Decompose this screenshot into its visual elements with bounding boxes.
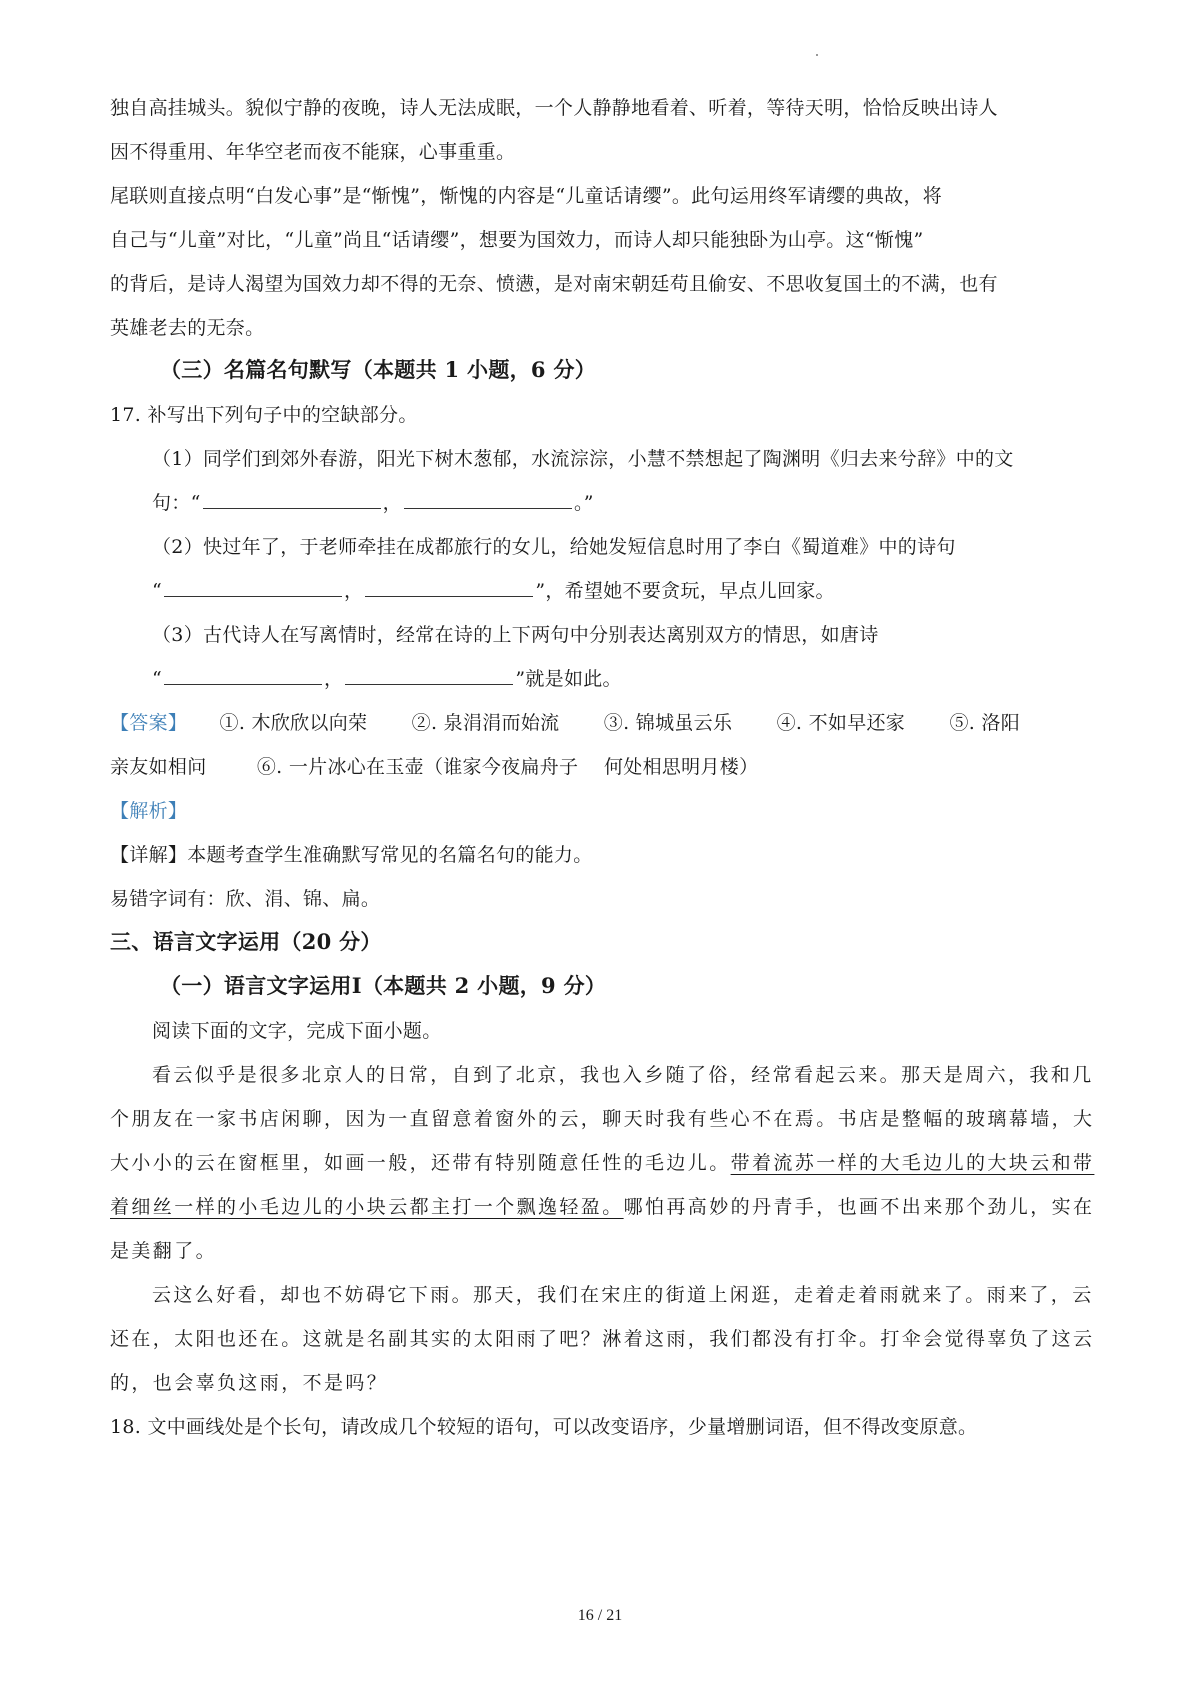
q17-part1-blanks: 句：“，。” bbox=[152, 490, 594, 516]
answer-line: 【答案】 ①. 木欣欣以向荣 ②. 泉涓涓而始流 ③. 锦城虽云乐 ④. 不如早… bbox=[110, 710, 1020, 736]
question-17-stem: 17. 补写出下列句子中的空缺部分。 bbox=[110, 402, 418, 428]
comma: ， bbox=[383, 492, 402, 514]
page-number: 16 / 21 bbox=[0, 1607, 1200, 1625]
answer-blank[interactable] bbox=[365, 578, 533, 597]
q17-part3-blanks: “，”就是如此。 bbox=[152, 666, 622, 692]
answer-item: ④. 不如早还家 bbox=[777, 710, 905, 736]
quote-close: ”，希望她不要贪玩，早点儿回家。 bbox=[535, 580, 835, 602]
answer-blank[interactable] bbox=[203, 490, 381, 509]
comma: ， bbox=[324, 668, 343, 690]
answer-line-2: 亲友如相问 ⑥. 一片冰心在玉壶（谁家今夜扁舟子 何处相思明月楼） bbox=[110, 754, 758, 780]
answer-blank[interactable] bbox=[164, 578, 342, 597]
answer-item: ⑤. 洛阳 bbox=[949, 712, 1020, 734]
passage-line: 个朋友在一家书店闲聊，因为一直留意着窗外的云，聊天时我有些心不在焉。书店是整幅的… bbox=[110, 1106, 1094, 1132]
q17-part2-blanks: “，”，希望她不要贪玩，早点儿回家。 bbox=[152, 578, 835, 604]
passage-line: 大小小的云在窗框里，如画一般，还带有特别随意任性的毛边儿。带着流苏一样的大毛边儿… bbox=[110, 1150, 1094, 1176]
answer-item: ②. 泉涓涓而始流 bbox=[412, 710, 560, 736]
document-page: 独自高挂城头。貌似宁静的夜晚，诗人无法成眠，一个人静静地看着、听着，等待天明，恰… bbox=[0, 0, 1200, 1697]
q17-part2-text: （2）快过年了，于老师牵挂在成都旅行的女儿，给她发短信息时用了李白《蜀道难》中的… bbox=[152, 534, 956, 560]
passage-text: 哪怕再高妙的丹青手，也画不出来那个劲儿，实在 bbox=[624, 1196, 1095, 1218]
answer-label: 【答案】 bbox=[110, 712, 187, 734]
underlined-sentence: 带着流苏一样的大毛边儿的大块云和带 bbox=[731, 1152, 1095, 1174]
quote-close: ”就是如此。 bbox=[515, 668, 622, 690]
passage-line: 是美翻了。 bbox=[110, 1238, 217, 1264]
reading-instruction: 阅读下面的文字，完成下面小题。 bbox=[152, 1018, 442, 1044]
answer-item: ③. 锦城虽云乐 bbox=[604, 710, 732, 736]
underlined-sentence: 着细丝一样的小毛边儿的小块云都主打一个飘逸轻盈。 bbox=[110, 1196, 624, 1218]
answer-item: ⑥. 一片冰心在玉壶（谁家今夜扁舟子 何处相思明月楼） bbox=[257, 756, 759, 778]
analysis-label: 【解析】 bbox=[110, 798, 187, 824]
answer-blank[interactable] bbox=[345, 666, 513, 685]
analysis-detail: 【详解】本题考查学生准确默写常见的名篇名句的能力。 bbox=[110, 842, 593, 868]
answer-item: ①. 木欣欣以向荣 bbox=[220, 710, 368, 736]
passage-line: 还在，太阳也还在。这就是名副其实的太阳雨了吧？淋着这雨，我们都没有打伞。打伞会觉… bbox=[110, 1326, 1094, 1352]
passage-line: 看云似乎是很多北京人的日常，自到了北京，我也入乡随了俗，经常看起云来。那天是周六… bbox=[152, 1062, 1094, 1088]
paragraph-line: 的背后，是诗人渴望为国效力却不得的无奈、愤懑，是对南宋朝廷苟且偷安、不思收复国土… bbox=[110, 271, 998, 297]
paragraph-line: 因不得重用、年华空老而夜不能寐，心事重重。 bbox=[110, 139, 515, 165]
quote-open: “ bbox=[152, 668, 162, 690]
passage-text: 大小小的云在窗框里，如画一般，还带有特别随意任性的毛边儿。 bbox=[110, 1152, 731, 1174]
paragraph-line: 自己与“儿童”对比，“儿童”尚且“话请缨”，想要为国效力，而诗人却只能独卧为山亭… bbox=[110, 227, 924, 253]
passage-line: 云这么好看，却也不妨碍它下雨。那天，我们在宋庄的街道上闲逛，走着走着雨就来了。雨… bbox=[152, 1282, 1094, 1308]
q17-part1-text: （1）同学们到郊外春游，阳光下树木葱郁，水流淙淙，小慧不禁想起了陶渊明《归去来兮… bbox=[152, 446, 1014, 472]
q17-part3-text: （3）古代诗人在写离情时，经常在诗的上下两句中分别表达离别双方的情思，如唐诗 bbox=[152, 622, 879, 648]
section-heading: 三、语言文字运用（20 分） bbox=[110, 929, 382, 955]
paragraph-line: 独自高挂城头。貌似宁静的夜晚，诗人无法成眠，一个人静静地看着、听着，等待天明，恰… bbox=[110, 95, 998, 121]
quote-open: “ bbox=[152, 580, 162, 602]
question-18-stem: 18. 文中画线处是个长句，请改成几个较短的语句，可以改变语序，少量增删词语，但… bbox=[110, 1414, 977, 1440]
scan-speck bbox=[816, 54, 818, 56]
quote-close: 。” bbox=[574, 492, 594, 514]
paragraph-line: 英雄老去的无奈。 bbox=[110, 315, 264, 341]
comma: ， bbox=[344, 580, 363, 602]
subsection-heading: （一）语言文字运用Ⅰ（本题共 2 小题，9 分） bbox=[160, 973, 606, 999]
paragraph-line: 尾联则直接点明“白发心事”是“惭愧”，惭愧的内容是“儿童话请缨”。此句运用终军请… bbox=[110, 183, 942, 209]
answer-item: 亲友如相问 bbox=[110, 756, 207, 778]
subsection-heading: （三）名篇名句默写（本题共 1 小题，6 分） bbox=[160, 357, 596, 383]
analysis-typos: 易错字词有：欣、涓、锦、扁。 bbox=[110, 886, 380, 912]
answer-blank[interactable] bbox=[164, 666, 322, 685]
passage-line: 着细丝一样的小毛边儿的小块云都主打一个飘逸轻盈。哪怕再高妙的丹青手，也画不出来那… bbox=[110, 1194, 1094, 1220]
answer-blank[interactable] bbox=[404, 490, 572, 509]
quote-open: 句：“ bbox=[152, 492, 201, 514]
passage-line: 的，也会辜负这雨，不是吗？ bbox=[110, 1370, 388, 1396]
